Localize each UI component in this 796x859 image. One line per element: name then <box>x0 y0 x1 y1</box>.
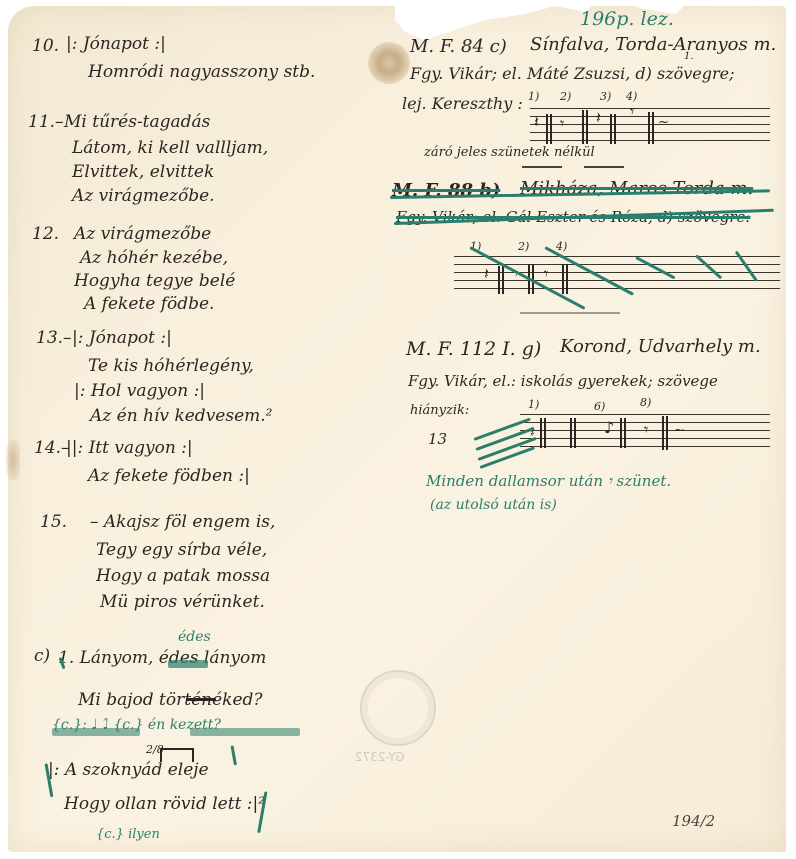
separator <box>584 166 624 168</box>
verse-line: Mi tűrés-tagadás <box>64 114 210 131</box>
verse-line: Az én hív kedvesem.² <box>90 408 272 425</box>
verse-line: Tegy egy sírba véle, <box>96 542 267 559</box>
green-correction <box>52 728 140 736</box>
verse-number: 15. <box>40 514 67 531</box>
verse-line: Hogyha tegye belé <box>74 273 235 290</box>
green-instruction: Minden dallamsor után 𝄾 szünet. <box>426 474 671 489</box>
superscript-mark: 1. <box>684 52 694 62</box>
music-staff-icon: 𝄽 ♪ 𝄾 ~ <box>520 414 770 450</box>
stamp-code: GY-2372 <box>355 750 404 764</box>
verse-line: Az fekete födben :| <box>88 468 250 485</box>
staff-mark: 1) <box>528 398 539 411</box>
variant-line: |: A szoknyád eleje <box>48 762 209 779</box>
verse-line: Hogy a patak mossa <box>96 568 270 585</box>
verse-number: 11.– <box>28 114 64 131</box>
verse-number: 12. <box>32 226 59 243</box>
page-number: 194/2 <box>672 814 715 829</box>
music-staff-icon: 𝄽 𝄾 𝄽 𝄾 ~ <box>530 108 770 144</box>
verse-line: – Akajsz föl engem is, <box>90 514 275 531</box>
verse-number: 14.– <box>34 440 70 457</box>
verse-number: 10. <box>32 38 59 55</box>
verse-line: |: Hol vagyon :| <box>74 383 205 400</box>
verse-line: |: Jónapot :| <box>72 330 172 347</box>
margin-number: 13 <box>428 432 447 447</box>
variant-label: c) <box>34 648 50 665</box>
verse-line: Elvittek, elvittek <box>72 164 214 181</box>
struck-word <box>186 698 216 701</box>
staff-mark: 6) <box>594 400 605 413</box>
verse-line: Homródi nagyasszony stb. <box>88 64 315 81</box>
verse-line: A fekete födbe. <box>84 296 214 313</box>
verse-line: Te kis hóhérlegény, <box>88 358 254 375</box>
staff-mark: 8) <box>640 396 651 409</box>
library-stamp-icon <box>360 670 436 746</box>
staff-mark: 1) <box>528 90 539 103</box>
entry-reference: M. F. 112 I. g) <box>406 340 541 359</box>
verse-line: Az virágmezőbe <box>74 226 211 243</box>
rust-stain <box>368 42 410 84</box>
green-correction <box>190 728 300 736</box>
separator <box>520 312 620 314</box>
separator <box>522 166 562 168</box>
entry-place: Sínfalva, Torda-Aranyos m. <box>530 36 776 54</box>
entry-place: Korond, Udvarhely m. <box>560 338 761 356</box>
variant-line: Mi bajod történéked? <box>78 692 263 709</box>
staff-mark: 2) <box>560 90 571 103</box>
verse-line: Az virágmezőbe. <box>72 188 215 205</box>
verse-line: Látom, ki kell vallljam, <box>72 140 268 157</box>
staff-mark: 2) <box>518 240 529 253</box>
verse-line: Mü piros vérünket. <box>100 594 265 611</box>
entry-collector: Fgy. Vikár, el.: iskolás gyerekek; szöve… <box>408 374 718 389</box>
verse-line: ||: Itt vagyon :| <box>66 440 193 457</box>
entry-transcriber: lej. Kereszthy : <box>402 96 523 112</box>
entry-note: záró jeles szünetek nélkül <box>424 146 595 159</box>
verse-number: 13.– <box>36 330 72 347</box>
edge-stain <box>6 440 20 480</box>
green-correction <box>168 660 208 668</box>
entry-collector: Fgy. Vikár; el. Máté Zsuzsi, d) szövegre… <box>410 66 735 82</box>
green-variant-word: {c.} ilyen <box>96 828 160 841</box>
verse-line: |: Jónapot :| <box>66 36 166 53</box>
staff-mark: 4) <box>556 240 567 253</box>
entry-missing-text: hiányzik: <box>410 404 469 417</box>
staff-mark: 3) <box>600 90 611 103</box>
green-instruction: (az utolsó után is) <box>430 498 557 512</box>
green-insert: édes <box>178 630 211 644</box>
variant-line: Hogy ollan rövid lett :|² <box>64 796 265 813</box>
entry-reference: M. F. 84 c) <box>410 38 507 56</box>
verse-line: Az hóhér kezébe, <box>80 250 228 267</box>
archive-note: 196p. lez. <box>580 10 674 29</box>
variant-line: 1. Lányom, édes lányom <box>58 650 266 667</box>
